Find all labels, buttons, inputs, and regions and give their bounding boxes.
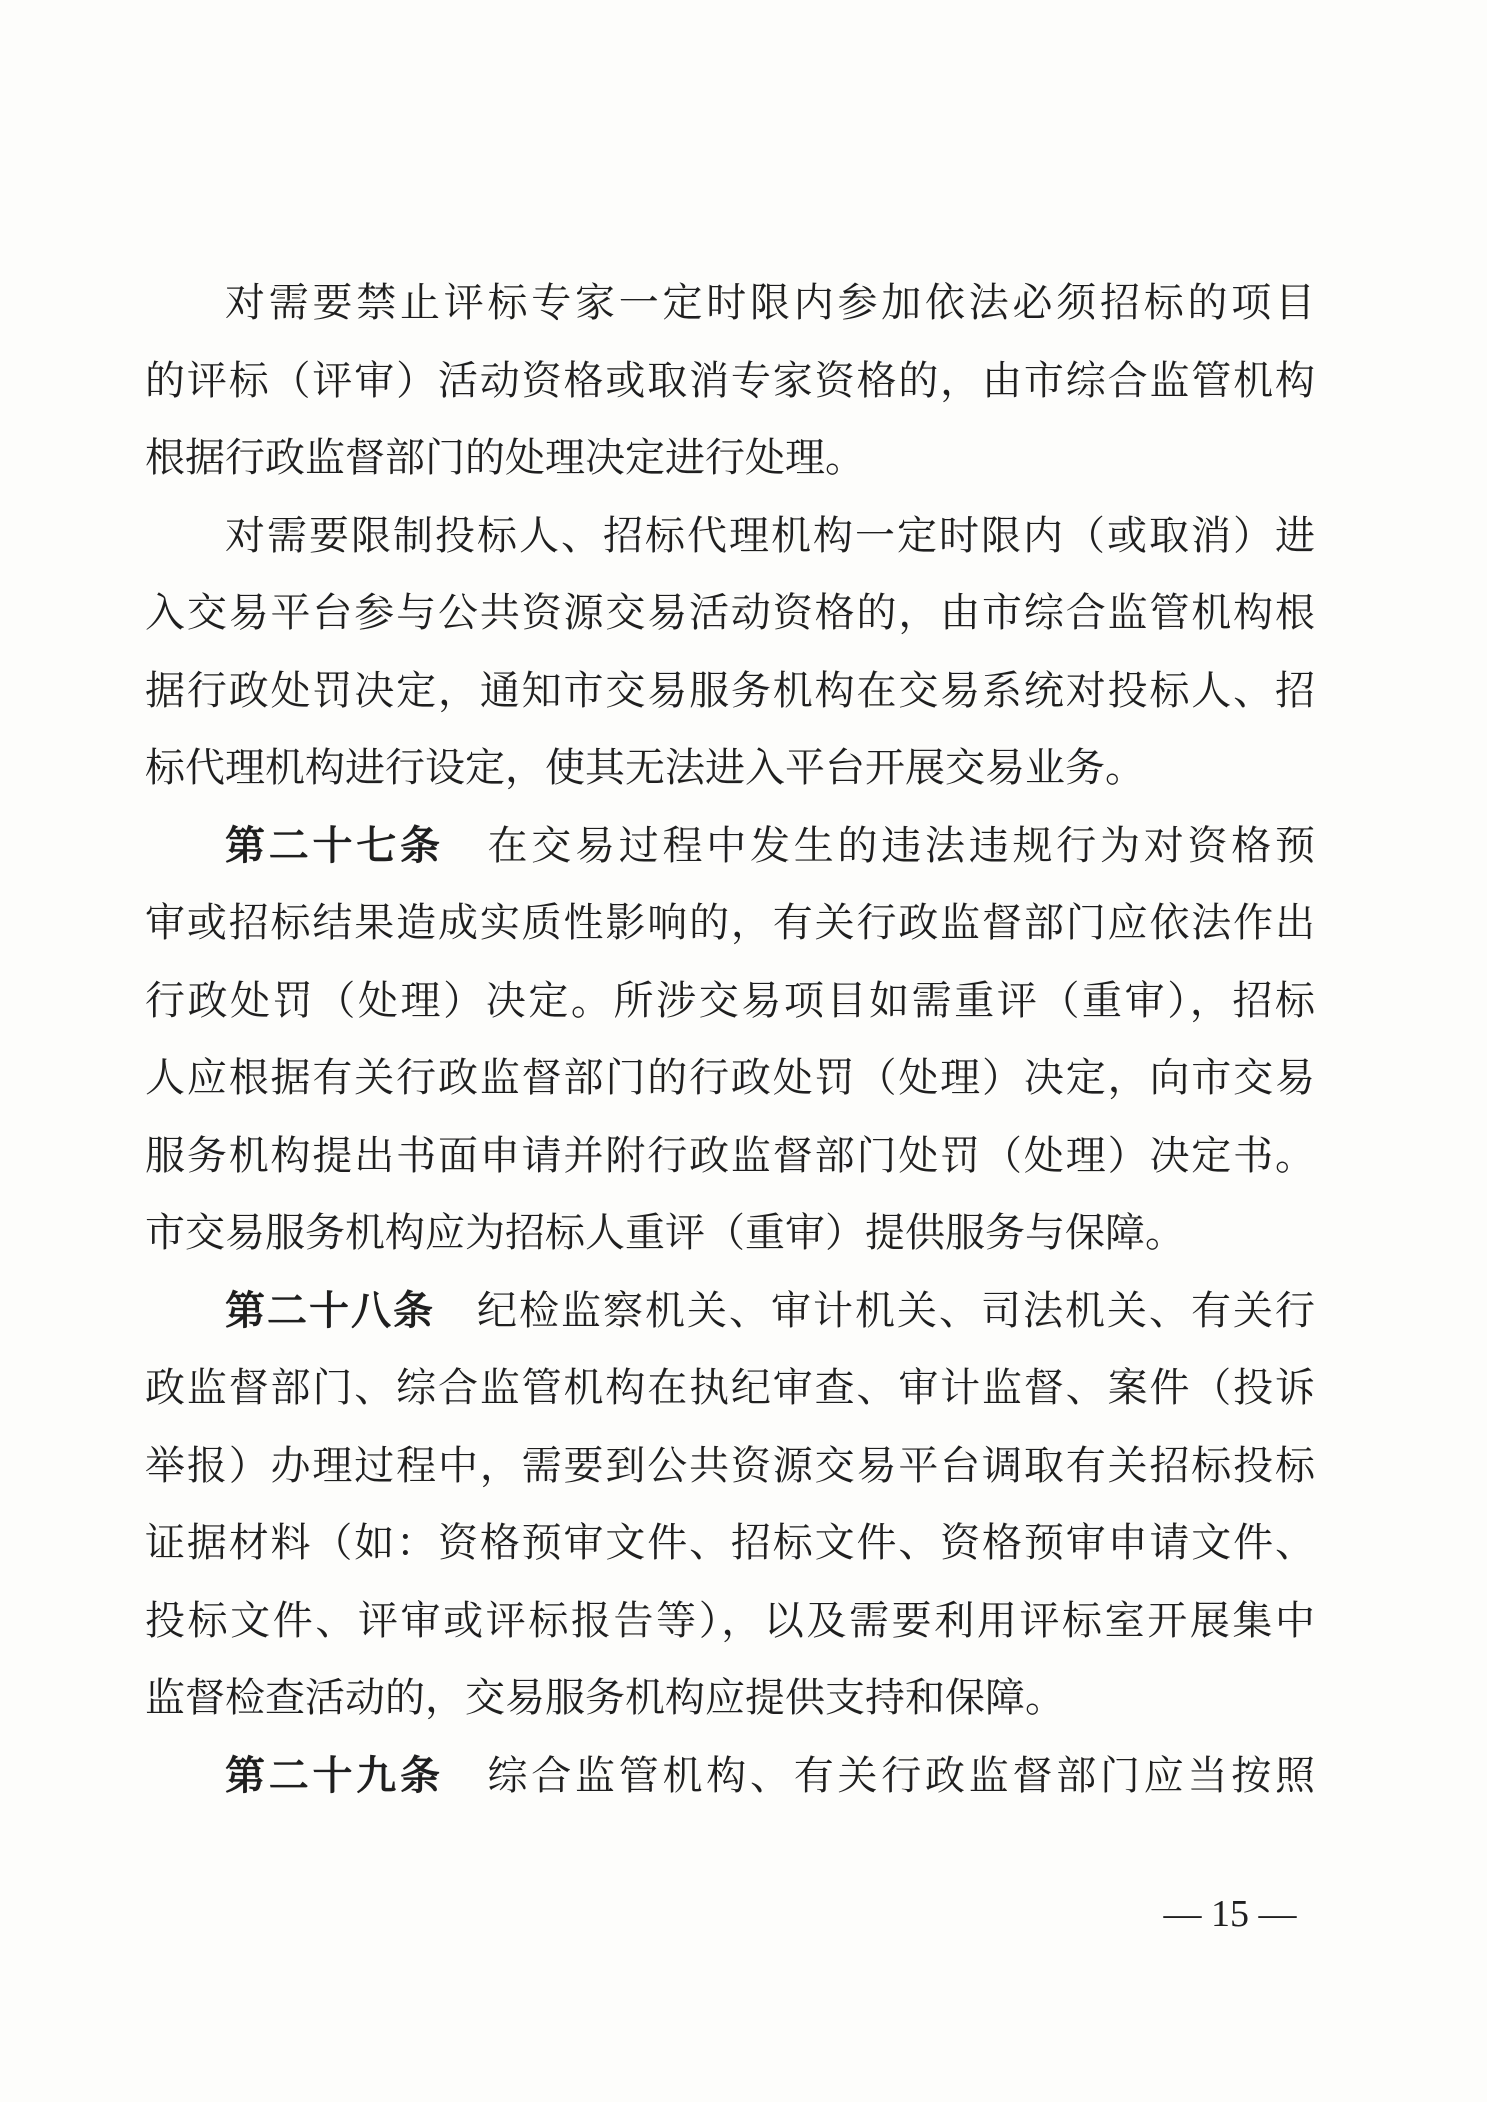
- line-text: 对需要禁止评标专家一定时限内参加依法必须招标的项目: [225, 280, 1315, 325]
- text-line: 人应根据有关行政监督部门的行政处罚（处理）决定，向市交易: [145, 1039, 1315, 1117]
- line-text: 综合监管机构、有关行政监督部门应当按照: [444, 1753, 1315, 1798]
- text-line: 根据行政监督部门的处理决定进行处理。: [145, 419, 1315, 497]
- text-line: 对需要禁止评标专家一定时限内参加依法必须招标的项目: [145, 264, 1315, 342]
- text-line: 监督检查活动的，交易服务机构应提供支持和保障。: [145, 1659, 1315, 1737]
- text-line: 的评标（评审）活动资格或取消专家资格的，由市综合监管机构: [145, 342, 1315, 420]
- document-body: 对需要禁止评标专家一定时限内参加依法必须招标的项目的评标（评审）活动资格或取消专…: [145, 264, 1315, 1814]
- text-line: 投标文件、评审或评标报告等），以及需要利用评标室开展集中: [145, 1582, 1315, 1660]
- line-text: 投标文件、评审或评标报告等），以及需要利用评标室开展集中: [145, 1598, 1315, 1643]
- page-number-text: — 15 —: [1164, 1893, 1297, 1935]
- line-text: 根据行政监督部门的处理决定进行处理。: [145, 435, 865, 480]
- document-page: 对需要禁止评标专家一定时限内参加依法必须招标的项目的评标（评审）活动资格或取消专…: [0, 0, 1487, 2102]
- text-line: 审或招标结果造成实质性影响的，有关行政监督部门应依法作出: [145, 884, 1315, 962]
- line-text: 纪检监察机关、审计机关、司法机关、有关行: [435, 1288, 1315, 1333]
- text-line: 据行政处罚决定，通知市交易服务机构在交易系统对投标人、招: [145, 652, 1315, 730]
- text-line: 第二十七条 在交易过程中发生的违法违规行为对资格预: [145, 807, 1315, 885]
- text-line: 第二十九条 综合监管机构、有关行政监督部门应当按照: [145, 1737, 1315, 1815]
- text-line: 举报）办理过程中，需要到公共资源交易平台调取有关招标投标: [145, 1427, 1315, 1505]
- line-text: 的评标（评审）活动资格或取消专家资格的，由市综合监管机构: [145, 358, 1315, 403]
- text-line: 服务机构提出书面申请并附行政监督部门处罚（处理）决定书。: [145, 1117, 1315, 1195]
- article-heading: 第二十八条: [225, 1288, 435, 1333]
- line-text: 对需要限制投标人、招标代理机构一定时限内（或取消）进: [225, 513, 1315, 558]
- line-text: 服务机构提出书面申请并附行政监督部门处罚（处理）决定书。: [145, 1133, 1315, 1178]
- article-heading: 第二十九条: [225, 1753, 444, 1798]
- line-text: 举报）办理过程中，需要到公共资源交易平台调取有关招标投标: [145, 1443, 1315, 1488]
- line-text: 监督检查活动的，交易服务机构应提供支持和保障。: [145, 1675, 1065, 1720]
- text-line: 标代理机构进行设定，使其无法进入平台开展交易业务。: [145, 729, 1315, 807]
- line-text: 审或招标结果造成实质性影响的，有关行政监督部门应依法作出: [145, 900, 1315, 945]
- line-text: 人应根据有关行政监督部门的行政处罚（处理）决定，向市交易: [145, 1055, 1315, 1100]
- line-text: 市交易服务机构应为招标人重评（重审）提供服务与保障。: [145, 1210, 1185, 1255]
- line-text: 标代理机构进行设定，使其无法进入平台开展交易业务。: [145, 745, 1145, 790]
- text-line: 入交易平台参与公共资源交易活动资格的，由市综合监管机构根: [145, 574, 1315, 652]
- line-text: 入交易平台参与公共资源交易活动资格的，由市综合监管机构根: [145, 590, 1315, 635]
- line-text: 在交易过程中发生的违法违规行为对资格预: [444, 823, 1315, 868]
- text-line: 行政处罚（处理）决定。所涉交易项目如需重评（重审），招标: [145, 962, 1315, 1040]
- text-line: 第二十八条 纪检监察机关、审计机关、司法机关、有关行: [145, 1272, 1315, 1350]
- text-line: 政监督部门、综合监管机构在执纪审查、审计监督、案件（投诉: [145, 1349, 1315, 1427]
- article-heading: 第二十七条: [225, 823, 444, 868]
- line-text: 政监督部门、综合监管机构在执纪审查、审计监督、案件（投诉: [145, 1365, 1315, 1410]
- text-line: 市交易服务机构应为招标人重评（重审）提供服务与保障。: [145, 1194, 1315, 1272]
- page-number: — 15 —: [1150, 1890, 1310, 1938]
- text-line: 对需要限制投标人、招标代理机构一定时限内（或取消）进: [145, 497, 1315, 575]
- text-line: 证据材料（如：资格预审文件、招标文件、资格预审申请文件、: [145, 1504, 1315, 1582]
- line-text: 行政处罚（处理）决定。所涉交易项目如需重评（重审），招标: [145, 978, 1315, 1023]
- line-text: 据行政处罚决定，通知市交易服务机构在交易系统对投标人、招: [145, 668, 1315, 713]
- line-text: 证据材料（如：资格预审文件、招标文件、资格预审申请文件、: [145, 1520, 1315, 1565]
